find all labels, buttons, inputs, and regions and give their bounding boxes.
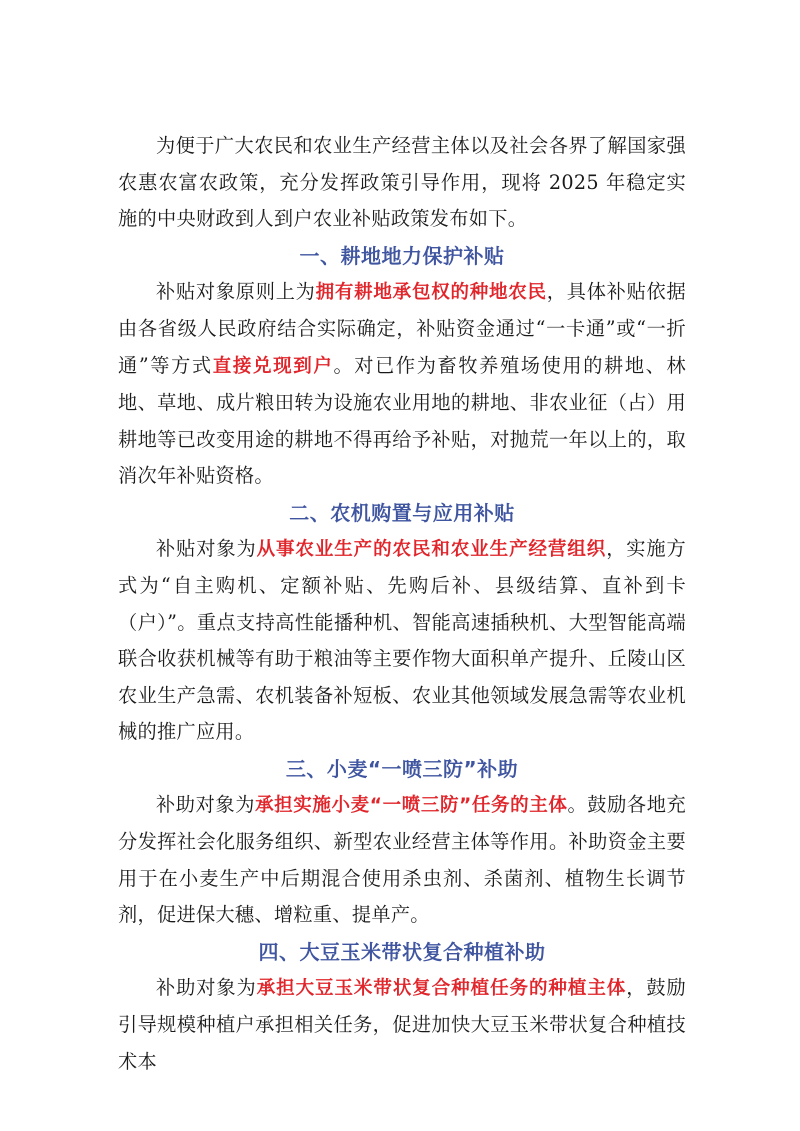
section-heading-1: 一、耕地地力保护补贴: [118, 238, 686, 274]
text: 补助对象为: [156, 976, 257, 999]
highlight-text: 承担实施小麦“一喷三防”任务的主体: [255, 795, 567, 816]
section-paragraph-2: 补贴对象为从事农业生产的农民和农业生产经营组织，实施方式为“自主购机、定额补贴、…: [118, 531, 686, 751]
document-body: 为便于广大农民和农业生产经营主体以及社会各界了解国家强农惠农富农政策，充分发挥政…: [118, 128, 686, 1080]
section-paragraph-4: 补助对象为承担大豆玉米带状复合种植任务的种植主体，鼓励引导规模种植户承担相关任务…: [118, 970, 686, 1081]
section-heading-2: 二、农机购置与应用补贴: [118, 495, 686, 531]
section-heading-3: 三、小麦“一喷三防”补助: [118, 751, 686, 787]
text: 补贴对象原则上为: [156, 280, 316, 303]
highlight-text: 拥有耕地承包权的种地农民: [316, 282, 547, 303]
text: 补贴对象为: [156, 537, 257, 560]
text: 补助对象为: [156, 793, 255, 816]
highlight-text: 直接兑现到户: [213, 356, 334, 377]
intro-paragraph: 为便于广大农民和农业生产经营主体以及社会各界了解国家强农惠农富农政策，充分发挥政…: [118, 128, 686, 238]
section-paragraph-3: 补助对象为承担实施小麦“一喷三防”任务的主体。鼓励各地充分发挥社会化服务组织、新…: [118, 787, 686, 934]
highlight-text: 承担大豆玉米带状复合种植任务的种植主体: [257, 978, 627, 999]
highlight-text: 从事农业生产的农民和农业生产经营组织: [257, 539, 607, 560]
document-page: 为便于广大农民和农业生产经营主体以及社会各界了解国家强农惠农富农政策，充分发挥政…: [0, 0, 800, 1131]
section-paragraph-1: 补贴对象原则上为拥有耕地承包权的种地农民，具体补贴依据由各省级人民政府结合实际确…: [118, 274, 686, 495]
text: ，实施方式为“自主购机、定额补贴、先购后补、县级结算、直补到卡（户）”。重点支持…: [118, 537, 686, 744]
section-heading-4: 四、大豆玉米带状复合种植补助: [118, 934, 686, 970]
